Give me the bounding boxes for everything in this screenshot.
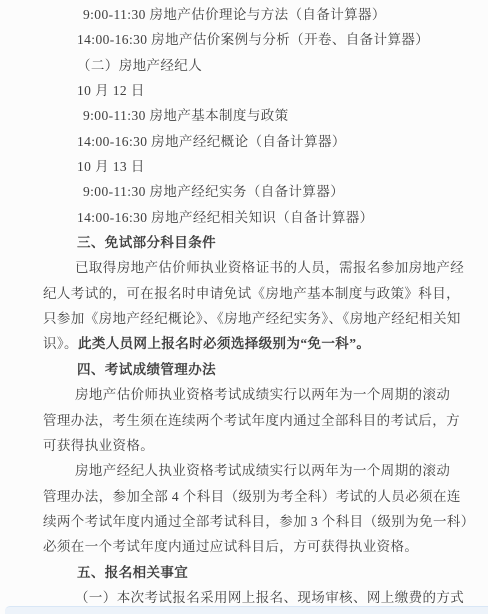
schedule-line: 14:00-16:30 房地产经纪相关知识（自备计算器） <box>0 205 488 230</box>
paragraph-line: 只参加《房地产经纪概论》、《房地产经纪实务》、《房地产经纪相关知 <box>0 306 488 331</box>
text-segment: 已取得房地产估价师执业资格证书的人员，需报名参加房地产经 <box>75 260 464 275</box>
paragraph-line: 管理办法，参加全部 4 个科目（级别为考全科）考试的人员必须在连 <box>0 484 488 509</box>
date-line: 10 月 13 日 <box>0 154 488 179</box>
text-segment: （二）房地产经纪人 <box>77 58 202 73</box>
footer-panel-edge <box>5 606 488 614</box>
text-segment: 房地产经纪人执业资格考试成绩实行以两年为一个周期的滚动 <box>75 463 450 478</box>
section-heading: 三、免试部分科目条件 <box>0 230 488 255</box>
text-segment: 管理办法，考生须在连续两个考试年度内通过全部科目的考试后，方 <box>43 413 460 428</box>
text-segment: 房地产估价师执业资格考试成绩实行以两年为一个周期的滚动 <box>75 387 450 402</box>
text-segment: （一）本次考试报名采用网上报名、现场审核、网上缴费的方式 <box>75 590 464 605</box>
schedule-line: 9:00-11:30 房地产估价理论与方法（自备计算器） <box>0 2 488 27</box>
paragraph-line: 纪人考试的，可在报名时申请免试《房地产基本制度与政策》科目， <box>0 281 488 306</box>
paragraph-line: 房地产估价师执业资格考试成绩实行以两年为一个周期的滚动 <box>0 382 488 407</box>
text-segment: 必须在一个考试年度内通过应试科目后，方可获得执业资格。 <box>43 539 418 554</box>
paragraph-line: 房地产经纪人执业资格考试成绩实行以两年为一个周期的滚动 <box>0 458 488 483</box>
text-segment: 识》。 <box>43 336 78 351</box>
paragraph-line: 识》。此类人员网上报名时必须选择级别为“免一科”。 <box>0 331 488 356</box>
paragraph-line: 可获得执业资格。 <box>0 433 488 458</box>
text-segment: 14:00-16:30 房地产经纪相关知识（自备计算器） <box>77 210 374 225</box>
section-heading: 五、报名相关事宜 <box>0 560 488 585</box>
text-segment: 续两个考试年度内通过全部考试科目，参加 3 个科目（级别为免一科） <box>43 514 475 529</box>
text-segment: 三、免试部分科目条件 <box>77 235 216 250</box>
text-segment: 9:00-11:30 房地产经纪实务（自备计算器） <box>83 184 344 199</box>
section-heading: 四、考试成绩管理办法 <box>0 357 488 382</box>
text-segment: 14:00-16:30 房地产估价案例与分析（开卷、自备计算器） <box>77 32 429 47</box>
schedule-line: 14:00-16:30 房地产估价案例与分析（开卷、自备计算器） <box>0 27 488 52</box>
schedule-line: 9:00-11:30 房地产基本制度与政策 <box>0 103 488 128</box>
paragraph-line: 已取得房地产估价师执业资格证书的人员，需报名参加房地产经 <box>0 255 488 280</box>
document-body: 9:00-11:30 房地产估价理论与方法（自备计算器）14:00-16:30 … <box>0 2 488 610</box>
document-page: 9:00-11:30 房地产估价理论与方法（自备计算器）14:00-16:30 … <box>0 0 488 614</box>
text-segment: 10 月 13 日 <box>77 159 145 174</box>
text-segment: 14:00-16:30 房地产经纪概论（自备计算器） <box>77 134 346 149</box>
schedule-line: 9:00-11:30 房地产经纪实务（自备计算器） <box>0 179 488 204</box>
text-segment: 10 月 12 日 <box>77 83 145 98</box>
text-segment: 此类人员网上报名时必须选择级别为“免一科”。 <box>78 336 370 351</box>
section-label: （二）房地产经纪人 <box>0 53 488 78</box>
paragraph-line: 续两个考试年度内通过全部考试科目，参加 3 个科目（级别为免一科） <box>0 509 488 534</box>
text-segment: 9:00-11:30 房地产基本制度与政策 <box>83 108 289 123</box>
date-line: 10 月 12 日 <box>0 78 488 103</box>
text-segment: 五、报名相关事宜 <box>77 565 188 580</box>
text-segment: 四、考试成绩管理办法 <box>77 362 216 377</box>
text-segment: 只参加《房地产经纪概论》、《房地产经纪实务》、《房地产经纪相关知 <box>43 311 461 326</box>
text-segment: 管理办法，参加全部 4 个科目（级别为考全科）考试的人员必须在连 <box>43 489 461 504</box>
text-segment: 纪人考试的，可在报名时申请免试《房地产基本制度与政策》科目， <box>43 286 460 301</box>
paragraph-line: 必须在一个考试年度内通过应试科目后，方可获得执业资格。 <box>0 534 488 559</box>
text-segment: 可获得执业资格。 <box>43 438 154 453</box>
schedule-line: 14:00-16:30 房地产经纪概论（自备计算器） <box>0 129 488 154</box>
paragraph-line: 管理办法，考生须在连续两个考试年度内通过全部科目的考试后，方 <box>0 408 488 433</box>
text-segment: 9:00-11:30 房地产估价理论与方法（自备计算器） <box>83 7 386 22</box>
